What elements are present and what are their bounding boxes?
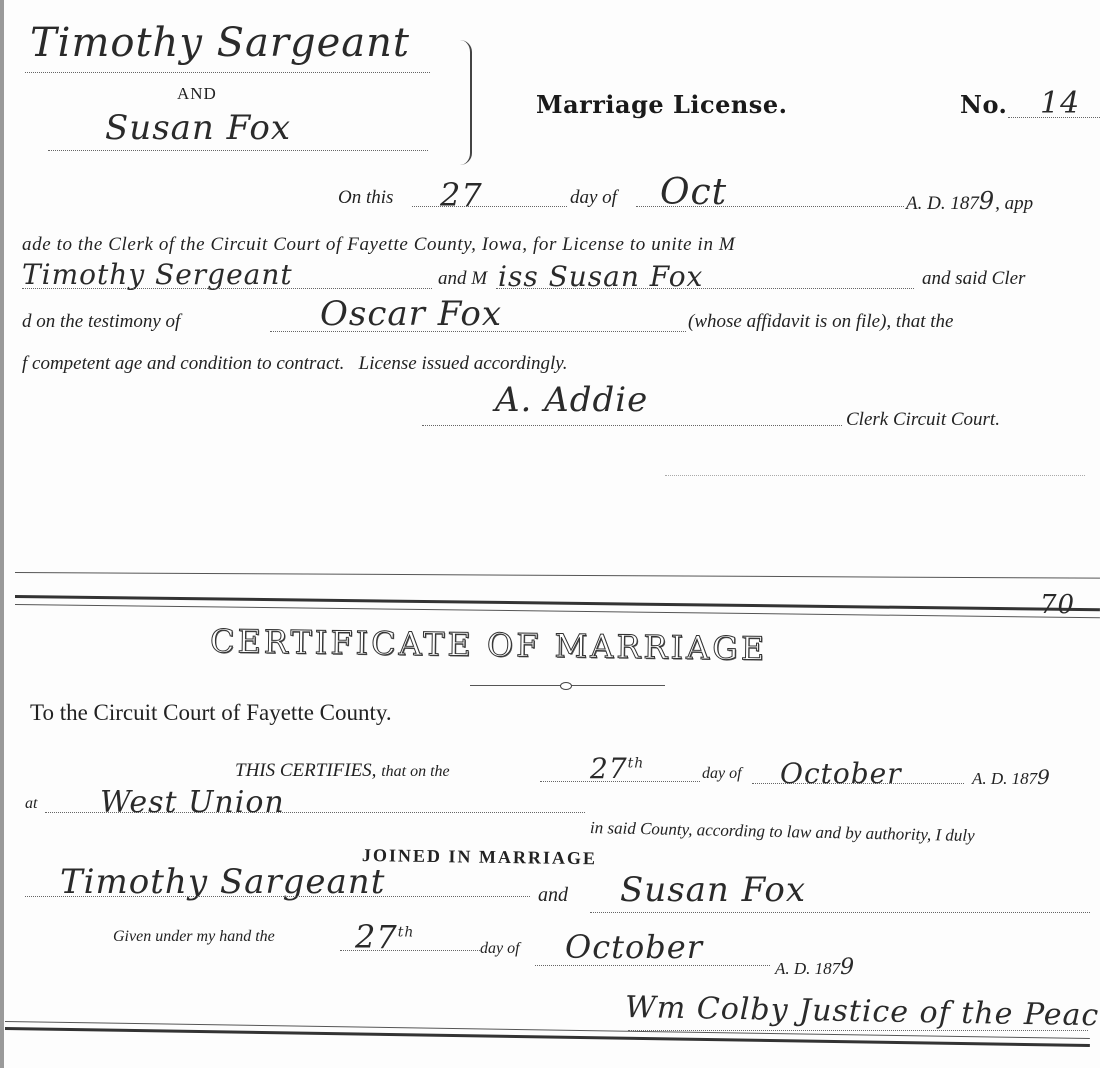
cert-day: 27th <box>590 752 644 785</box>
title-ornament-dot <box>560 682 572 690</box>
officiant-signature-line <box>628 1030 1088 1031</box>
given-under-hand-label: Given under my hand the <box>113 928 275 946</box>
divider-rule-heavy <box>15 595 1100 611</box>
and-m-label: and M <box>438 268 487 290</box>
groom-line <box>22 288 432 289</box>
blank-line <box>665 475 1085 476</box>
officiant-signature: Wm Colby Justice of the Peace <box>625 990 1100 1034</box>
margin-note: 70 <box>1040 590 1075 620</box>
affidavit-label: (whose affidavit is on file), that the <box>688 311 953 333</box>
license-title: Marriage License. <box>536 90 787 119</box>
cert-day-of-label: day of <box>702 765 742 783</box>
bride-name-line <box>48 150 428 151</box>
license-number-label: No. <box>960 90 1007 119</box>
license-day: 27 <box>440 176 483 214</box>
license-line-2: ade to the Clerk of the Circuit Court of… <box>22 234 735 256</box>
witness-name: Oscar Fox <box>320 294 502 334</box>
clerk-signature: A. Addie <box>495 380 648 420</box>
cert-line-2-suffix: in said County, according to law and by … <box>590 818 975 846</box>
and-label: AND <box>177 84 217 104</box>
cert-bride-name: Susan Fox <box>620 870 806 910</box>
license-line-5: f competent age and condition to contrac… <box>22 353 567 375</box>
certificate-addressee: To the Circuit Court of Fayette County. <box>30 700 392 726</box>
bride-line <box>496 288 914 289</box>
given-month: October <box>565 928 703 966</box>
license-number-value: 14 <box>1040 86 1080 121</box>
document-page: Timothy Sargeant AND Susan Fox Marriage … <box>0 0 1100 1068</box>
this-certifies-label: THIS CERTIFIES, that on the <box>235 760 450 782</box>
groom-name-handwritten: Timothy Sargeant <box>30 20 410 66</box>
names-bracket <box>460 40 472 165</box>
marriage-place: West Union <box>100 785 285 820</box>
clerk-title: Clerk Circuit Court. <box>846 409 1000 431</box>
divider-rule-top <box>15 572 1100 579</box>
clerk-signature-line <box>422 425 842 426</box>
given-day-of-label: day of <box>480 940 520 958</box>
said-clerk-label: and said Cler <box>922 268 1025 290</box>
given-day: 27th <box>355 918 414 956</box>
license-month: Oct <box>660 172 727 213</box>
scan-edge <box>0 0 4 1068</box>
bride-name-handwritten: Susan Fox <box>105 108 291 148</box>
ad-label: A. D. 1879, app <box>906 187 1033 215</box>
certificate-title: CERTIFICATE OF MARRIAGE <box>210 622 768 668</box>
given-ad-label: A. D. 1879 <box>775 955 855 980</box>
at-label: at <box>25 795 37 813</box>
license-groom-name: Timothy Sergeant <box>22 258 293 291</box>
day-of-label: day of <box>570 187 617 209</box>
cert-groom-line <box>25 896 530 897</box>
cert-ad-label: A. D. 1879 <box>972 765 1051 789</box>
license-year-digit: 9 <box>979 187 995 215</box>
cert-bride-line <box>590 912 1090 913</box>
joined-in-marriage-label: JOINED IN MARRIAGE <box>362 845 597 869</box>
groom-name-line <box>25 72 430 73</box>
cert-and-label: and <box>538 884 568 907</box>
day-line <box>412 206 567 207</box>
on-this-label: On this <box>338 187 393 209</box>
testimony-label: d on the testimony of <box>22 311 180 333</box>
cert-month: October <box>780 757 902 790</box>
